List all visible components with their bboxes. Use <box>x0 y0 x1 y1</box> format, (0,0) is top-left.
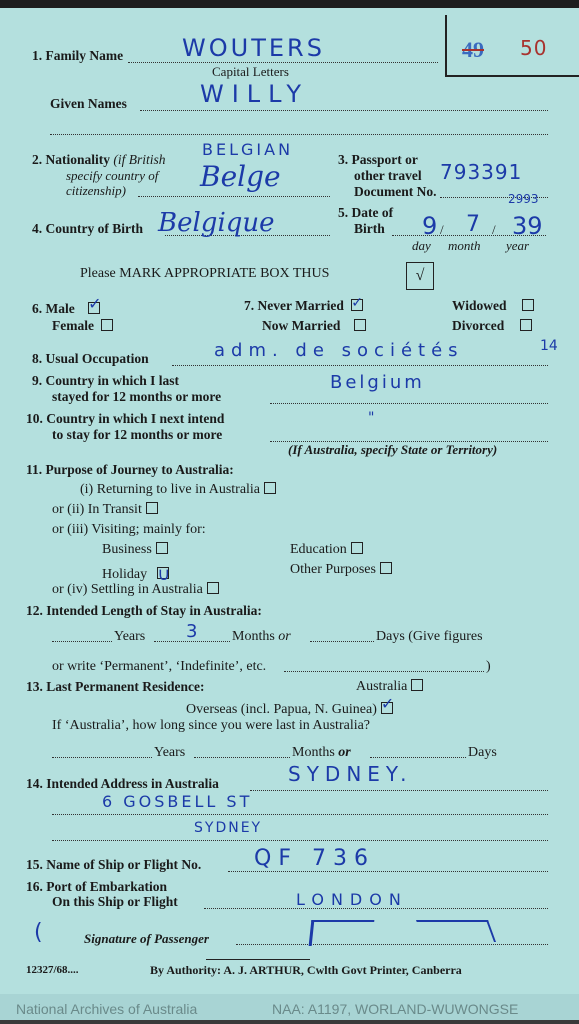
serial-printed: 49 <box>462 37 484 63</box>
dob-sub-day: day <box>412 238 431 254</box>
purpose-other[interactable]: Other Purposes <box>290 562 392 578</box>
widowed-checkbox[interactable] <box>522 299 534 311</box>
other-checkbox[interactable] <box>380 562 392 574</box>
mark-instruction: Please MARK APPROPRIATE BOX THUS <box>80 266 329 282</box>
last-country-line[interactable] <box>270 403 548 404</box>
family-name-line[interactable] <box>128 62 438 63</box>
occupation-value: adm. de sociétés <box>214 340 464 361</box>
embarkation-label-2: On this Ship or Flight <box>52 894 178 910</box>
country-of-birth-label: 4. Country of Birth <box>32 221 143 237</box>
business-checkbox[interactable] <box>156 542 168 554</box>
signature-scribble <box>309 920 375 946</box>
top-edge <box>0 0 579 8</box>
nationality-value-1: BELGIAN <box>202 140 293 159</box>
dob-sep-1: / <box>440 222 444 238</box>
female-checkbox[interactable] <box>101 319 113 331</box>
country-of-birth-value: Belgique <box>158 208 275 238</box>
check-mark-margin: ( <box>34 920 43 945</box>
form-code: 12327/68.... <box>26 964 79 976</box>
widowed-option[interactable]: Widowed <box>452 298 534 314</box>
dob-label-1: 5. Date of <box>338 205 393 221</box>
female-option[interactable]: Female <box>52 318 113 334</box>
signature-underline <box>206 959 310 960</box>
address-value-1: SYDNEY. <box>288 762 412 786</box>
archive-reference: NAA: A1197, WORLAND-WUWONGSE <box>272 1001 518 1017</box>
next-country-label-1: 10. Country in which I next intend <box>26 411 224 427</box>
stay-days-line[interactable] <box>310 641 374 642</box>
purpose-education[interactable]: Education <box>290 542 363 558</box>
dob-year: 39 <box>512 212 543 240</box>
never-married-option[interactable]: 7. Never Married ✓ <box>244 298 375 314</box>
occupation-margin-note: 14 <box>540 338 558 354</box>
purpose-business[interactable]: Business <box>102 542 168 558</box>
capital-letters-hint: Capital Letters <box>212 64 289 80</box>
serial-handwritten: 50 <box>520 36 547 60</box>
since-days-label: Days <box>468 745 497 761</box>
stay-close-paren: ) <box>486 659 491 675</box>
signature-scribble-2 <box>416 920 496 942</box>
flight-label: 15. Name of Ship or Flight No. <box>26 857 201 873</box>
transit-checkbox[interactable] <box>146 502 158 514</box>
since-months-label: Months or <box>292 745 351 761</box>
embarkation-value: LONDON <box>296 890 408 909</box>
address-label: 14. Intended Address in Australia <box>26 776 219 792</box>
printer-authority: By Authority: A. J. ARTHUR, Cwlth Govt P… <box>150 963 462 978</box>
since-years-line[interactable] <box>52 757 152 758</box>
dob-sub-month: month <box>448 238 481 254</box>
given-names-label: Given Names <box>50 96 127 112</box>
last-country-label-1: 9. Country in which I last <box>32 373 179 389</box>
stay-permanent-hint: or write ‘Permanent’, ‘Indefinite’, etc. <box>52 659 266 675</box>
mark-sample-box: √ <box>406 262 434 290</box>
nationality-line[interactable] <box>138 196 330 197</box>
nationality-hint-3: citizenship) <box>66 183 126 199</box>
dob-day: 9 <box>422 212 440 240</box>
stay-years-label: Years <box>114 629 145 645</box>
stay-permanent-line[interactable] <box>284 671 484 672</box>
purpose-label: 11. Purpose of Journey to Australia: <box>26 462 234 478</box>
archive-name: National Archives of Australia <box>16 1001 197 1017</box>
purpose-holiday[interactable]: Holiday∪ <box>102 562 182 583</box>
next-country-label-2: to stay for 12 months or more <box>52 427 222 443</box>
purpose-settling[interactable]: or (iv) Settling in Australia <box>52 582 219 598</box>
flight-value: QF 736 <box>254 846 375 871</box>
nationality-hint-2: specify country of <box>66 168 158 184</box>
stay-months-value: 3 <box>186 621 200 642</box>
settling-checkbox[interactable] <box>207 582 219 594</box>
since-australia-question: If ‘Australia’, how long since you were … <box>52 718 370 734</box>
since-days-line[interactable] <box>370 757 466 758</box>
flight-line[interactable] <box>228 871 548 872</box>
dob-sep-2: / <box>492 222 496 238</box>
address-value-3: SYDNEY <box>194 820 262 836</box>
nationality-label: 2. Nationality (if British <box>32 152 166 168</box>
passport-value-extra: 2993 <box>508 192 539 206</box>
embarkation-label-1: 16. Port of Embarkation <box>26 879 167 895</box>
divorced-checkbox[interactable] <box>520 319 532 331</box>
residence-australia[interactable]: Australia <box>356 679 423 695</box>
address-value-2: 6 GOSBELL ST <box>102 792 252 811</box>
returning-checkbox[interactable] <box>264 482 276 494</box>
now-married-option[interactable]: Now Married <box>262 318 366 334</box>
residence-australia-checkbox[interactable] <box>411 679 423 691</box>
last-residence-label: 13. Last Permanent Residence: <box>26 679 204 695</box>
passport-label-3: Document No. <box>354 184 437 200</box>
nationality-value-2: Belge <box>200 160 281 193</box>
given-names-value: WILLY <box>200 80 309 108</box>
last-country-label-2: stayed for 12 months or more <box>52 389 221 405</box>
address-line-1[interactable] <box>250 790 548 791</box>
purpose-visiting: or (iii) Visiting; mainly for: <box>52 522 206 538</box>
divorced-option[interactable]: Divorced <box>452 318 532 334</box>
stay-years-line[interactable] <box>52 641 112 642</box>
signature-label: Signature of Passenger <box>84 931 209 947</box>
stay-days-label: Days (Give figures <box>376 629 483 645</box>
dob-label-2: Birth <box>354 221 385 237</box>
given-names-line[interactable] <box>140 110 548 111</box>
purpose-transit[interactable]: or (ii) In Transit <box>52 502 158 518</box>
occupation-line[interactable] <box>172 365 548 366</box>
next-country-note: (If Australia, specify State or Territor… <box>288 442 497 458</box>
signature-line[interactable] <box>236 944 548 945</box>
family-name-label: 1. Family Name <box>32 48 123 64</box>
passport-label-1: 3. Passport or <box>338 152 418 168</box>
education-checkbox[interactable] <box>351 542 363 554</box>
male-option[interactable]: 6. Male ✓ <box>32 298 114 317</box>
address-line-3[interactable] <box>52 840 548 841</box>
now-married-checkbox[interactable] <box>354 319 366 331</box>
passport-label-2: other travel <box>354 168 422 184</box>
dob-sub-year: year <box>506 238 529 254</box>
last-country-value: Belgium <box>330 372 425 393</box>
dob-month: 7 <box>466 212 483 237</box>
residence-overseas[interactable]: Overseas (incl. Papua, N. Guinea)✓ <box>186 698 406 718</box>
since-years-label: Years <box>154 745 185 761</box>
next-country-value: " <box>368 410 377 426</box>
since-months-line[interactable] <box>194 757 290 758</box>
passport-value: 793391 <box>440 160 522 184</box>
given-names-line-2[interactable] <box>50 134 548 135</box>
address-line-2[interactable] <box>52 814 548 815</box>
bottom-edge <box>0 1020 579 1024</box>
family-name-value: WOUTERS <box>182 34 325 62</box>
occupation-label: 8. Usual Occupation <box>32 351 149 367</box>
stay-months-label: Months or <box>232 629 291 645</box>
purpose-returning[interactable]: (i) Returning to live in Australia <box>80 482 276 498</box>
length-of-stay-label: 12. Intended Length of Stay in Australia… <box>26 603 262 619</box>
